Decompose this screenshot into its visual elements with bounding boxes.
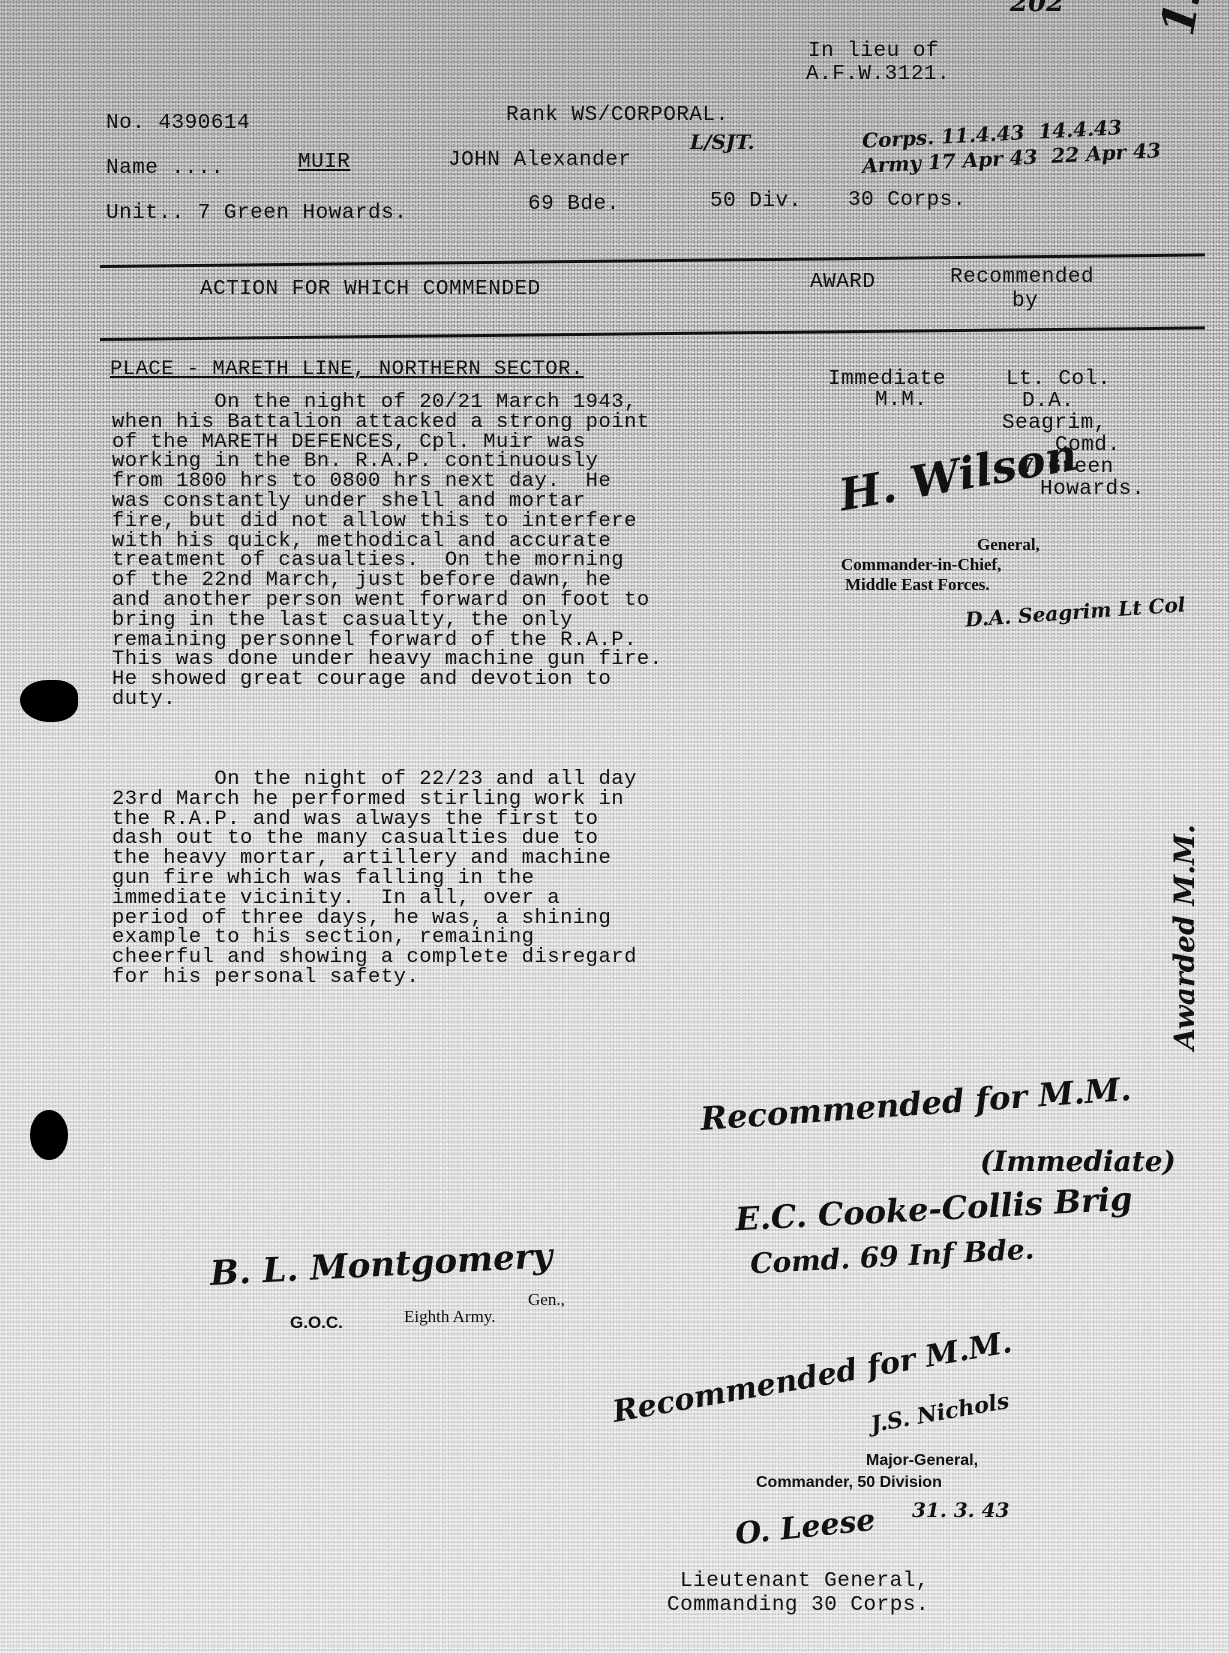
citation-line: immediate vicinity. In all, over a [112, 889, 792, 909]
column-action-header: ACTION FOR WHICH COMMENDED [200, 278, 541, 301]
citation-line: when his Battalion attacked a strong poi… [112, 413, 792, 433]
citation-paragraph-1: On the night of 20/21 March 1943, when h… [112, 393, 792, 710]
citation-line: for his personal safety. [112, 968, 792, 988]
citation-line: gun fire which was falling in the [112, 869, 792, 889]
corps: 30 Corps. [848, 189, 966, 212]
citation-line: and another person went forward on foot … [112, 591, 792, 611]
citation-line: On the night of 20/21 March 1943, [112, 393, 792, 413]
column-award-header: AWARD [810, 271, 876, 294]
citation-line: He showed great courage and devotion to [112, 670, 792, 690]
corps-title-line2: Commanding 30 Corps. [667, 1594, 929, 1617]
header-rule-bottom [100, 326, 1205, 341]
form-note-line2: A.F.W.3121. [806, 63, 950, 86]
division-title-line2: Commander, 50 Division [756, 1474, 942, 1492]
citation-line: 23rd March he performed stirling work in [112, 790, 792, 810]
recommender-line: Lt. Col. [1006, 368, 1111, 391]
corps-commander-signature: O. Leese [734, 1503, 877, 1552]
recommender-signature: D.A. Seagrim Lt Col [964, 592, 1186, 631]
cinc-title-line2: Commander-in-Chief, [841, 555, 1001, 575]
form-note-line1: In lieu of [808, 40, 939, 63]
unit: Unit.. 7 Green Howards. [106, 202, 407, 225]
brigade: 69 Bde. [528, 193, 620, 216]
citation-place: PLACE - MARETH LINE, NORTHERN SECTOR. [110, 358, 584, 381]
corner-handwriting: 1901 [1150, 0, 1225, 39]
surname: MUIR [298, 151, 350, 174]
brigade-endorsement-line2: (Immediate) [980, 1145, 1176, 1178]
army-gen-label: Gen., [528, 1290, 565, 1310]
division-title-line1: Major-General, [866, 1452, 978, 1470]
award-type-line2: M.M. [875, 389, 927, 412]
army-commander-signature: B. L. Montgomery [209, 1236, 553, 1294]
citation-line: the heavy mortar, artillery and machine [112, 849, 792, 869]
citation-line: of the 22nd March, just before dawn, he [112, 571, 792, 591]
citation-line: On the night of 22/23 and all day [112, 770, 792, 790]
brigade-commander-title: Comd. 69 Inf Bde. [749, 1233, 1035, 1281]
punch-hole-upper [20, 680, 78, 722]
top-number-handwriting: 202 [1010, 0, 1064, 18]
cinc-title-line1: General, [977, 535, 1040, 555]
citation-line: cheerful and showing a complete disregar… [112, 948, 792, 968]
citation-line: fire, but did not allow this to interfer… [112, 512, 792, 532]
citation-line: bring in the last casualty, the only [112, 611, 792, 631]
rank-annotation: L/SJT. [690, 130, 755, 154]
division-date: 31. 3. 43 [912, 1498, 1009, 1522]
citation-line: from 1800 hrs to 0800 hrs next day. He [112, 472, 792, 492]
corps-title-line1: Lieutenant General, [680, 1570, 929, 1593]
column-recommended-header-line1: Recommended [950, 266, 1094, 289]
award-type-line1: Immediate [828, 368, 946, 391]
recommender-line: D.A. [1022, 390, 1074, 413]
service-number: No. 4390614 [106, 112, 250, 135]
name-label: Name .... [106, 157, 224, 180]
citation-line: duty. [112, 690, 792, 710]
awarded-line1: Awarded M.M. [1164, 824, 1206, 1050]
column-recommended-header-line2: by [1012, 290, 1038, 313]
brigade-commander-signature: E.C. Cooke-Collis Brig [734, 1180, 1133, 1239]
brigade-endorsement-line1: Recommended for M.M. [699, 1070, 1132, 1138]
citation-paragraph-2: On the night of 22/23 and all day 23rd M… [112, 770, 792, 988]
citation-line: was constantly under shell and mortar [112, 492, 792, 512]
cinc-signature: H. Wilson [835, 430, 1081, 522]
rank: Rank WS/CORPORAL. [506, 104, 729, 127]
division: 50 Div. [710, 190, 802, 213]
army-label: Eighth Army. [404, 1307, 495, 1327]
forenames: JOHN Alexander [448, 149, 631, 172]
punch-hole-lower [30, 1110, 68, 1160]
awarded-margin-note: Awarded M.M. LG 17-6-43 [1080, 824, 1229, 1050]
division-commander-signature: J.S. Nichols [869, 1388, 1011, 1438]
army-goc-label: G.O.C. [290, 1313, 343, 1333]
cinc-title-line3: Middle East Forces. [845, 575, 990, 595]
